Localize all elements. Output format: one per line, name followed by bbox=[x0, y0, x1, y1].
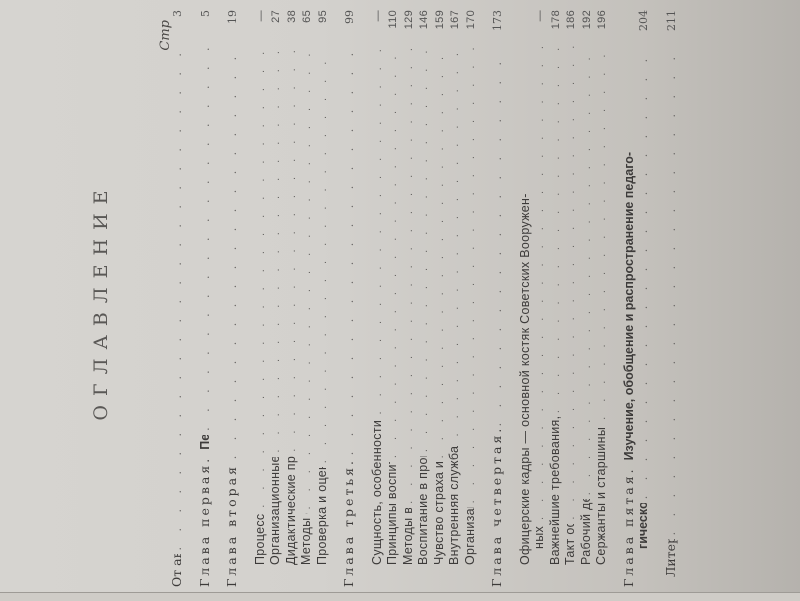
toc-page-number: 167 bbox=[448, 10, 463, 42]
page-edge bbox=[0, 592, 800, 601]
toc-section: Дидактические принципы и их применение 3… bbox=[284, 10, 300, 587]
chapter-prefix: Глава вторая. bbox=[225, 463, 239, 587]
toc-entry-label: Офицерские кадры — основной костяк Совет… bbox=[518, 193, 533, 565]
chapter-prefix: Глава четвертая. bbox=[490, 430, 504, 587]
leader-dots bbox=[254, 46, 269, 508]
toc-section: Проверка и оценка знаний и навыков 95 bbox=[315, 10, 331, 587]
toc-entry-label: Внутренняя служба и ее воспитательное зн… bbox=[447, 441, 462, 565]
toc-page-number: 110 bbox=[386, 10, 401, 42]
toc-section: Внутренняя служба и ее воспитательное зн… bbox=[447, 10, 463, 587]
toc-section: Методы обучения 65 bbox=[299, 10, 315, 587]
toc-page-number: 159 bbox=[433, 10, 448, 42]
chapter-prefix: Глава третья. bbox=[342, 459, 356, 587]
toc-entry-label: Методы обучения bbox=[299, 513, 314, 565]
toc-page-number: 196 bbox=[595, 10, 610, 42]
toc-section: Сержанты и старшины — ближайшие помощник… bbox=[594, 10, 610, 587]
leader-dots bbox=[371, 46, 386, 415]
toc-chapter-3: Глава третья.Вопросы воспитания воинов 9… bbox=[342, 10, 358, 587]
leader-dots bbox=[226, 46, 241, 459]
toc-entry-label: Методы воспитания bbox=[401, 508, 416, 565]
chapter-title: Педагогика как наука, ее предмет и задач… bbox=[198, 435, 212, 450]
toc-section: Такт офицера 186 bbox=[563, 10, 579, 587]
leader-dots bbox=[595, 46, 610, 420]
toc-chapter-5: Глава пятая.Изучение, обобщение и распро… bbox=[622, 10, 637, 587]
toc-entry-label: Рабочий день офицера bbox=[579, 499, 594, 565]
toc-entry-label: Сержанты и старшины — ближайшие помощник… bbox=[594, 424, 609, 565]
toc-page-number: 95 bbox=[316, 10, 331, 42]
toc-section: Воспитание в процессе боевой подготовки … bbox=[416, 10, 432, 587]
toc-entry-label: Процесс обучения bbox=[253, 512, 268, 565]
leader-dots bbox=[464, 46, 479, 503]
leader-dots bbox=[316, 46, 331, 463]
toc-page-number: 192 bbox=[580, 10, 595, 42]
toc-page-number: 129 bbox=[402, 10, 417, 42]
toc-page-number: — bbox=[254, 10, 269, 42]
table-of-contents: От автора 3 Глава первая.Педагогика как … bbox=[170, 10, 679, 587]
toc-section: Организация досуга 170 bbox=[463, 10, 479, 587]
toc-chapter-1: Глава первая.Педагогика как наука, ее пр… bbox=[198, 10, 214, 587]
toc-page-number: 99 bbox=[343, 10, 358, 42]
toc-entry-label: Проверка и оценка знаний и навыков bbox=[315, 467, 330, 565]
toc-entry-label: Такт офицера bbox=[563, 524, 578, 565]
toc-chapter-2: Глава вторая.Вопросы обучения воинов 19 bbox=[225, 10, 241, 587]
toc-entry-label: Дидактические принципы и их применение bbox=[284, 456, 299, 565]
leader-dots bbox=[448, 46, 463, 437]
leader-dots bbox=[343, 46, 358, 455]
toc-entry-label: Чувство страха и пути его преодоления bbox=[432, 462, 447, 565]
leader-dots bbox=[637, 46, 652, 499]
leader-dots bbox=[300, 46, 315, 509]
toc-section: Сущность, особенности и задачи воспитани… bbox=[370, 10, 386, 587]
toc-page-number: 211 bbox=[665, 10, 680, 42]
toc-entry-from-author: От автора 3 bbox=[170, 10, 186, 587]
toc-entry-label: ных Сил bbox=[532, 524, 547, 549]
toc-section-continuation: ных Сил — bbox=[532, 10, 548, 587]
leader-dots bbox=[491, 46, 506, 426]
leader-dots bbox=[171, 46, 186, 550]
toc-section: Рабочий день офицера 192 bbox=[579, 10, 595, 587]
leader-dots bbox=[580, 46, 595, 495]
leader-dots bbox=[533, 46, 548, 520]
toc-entry-label: Сущность, особенности и задачи воспитани… bbox=[370, 419, 385, 566]
leader-dots bbox=[269, 46, 284, 453]
leader-dots bbox=[564, 46, 579, 520]
toc-entry-label: Принципы воспитания и их применение bbox=[385, 462, 400, 565]
toc-chapter-continuation: гического опыта 204 bbox=[636, 10, 652, 587]
book-page: ОГЛАВЛЕНИЕ Стр От автора 3 Глава первая.… bbox=[100, 0, 800, 601]
leader-dots bbox=[199, 46, 214, 431]
toc-page-number: 38 bbox=[285, 10, 300, 42]
toc-page-number: 178 bbox=[549, 10, 564, 42]
toc-page-number: 186 bbox=[564, 10, 579, 42]
toc-section: Чувство страха и пути его преодоления 15… bbox=[432, 10, 448, 587]
chapter-prefix: Глава пятая. bbox=[622, 466, 636, 587]
leader-dots bbox=[386, 46, 401, 458]
toc-section: Процесс обучения — bbox=[253, 10, 269, 587]
toc-entry-label: От автора bbox=[170, 554, 185, 587]
leader-dots bbox=[417, 46, 432, 452]
toc-page-number: — bbox=[371, 10, 386, 42]
leader-dots bbox=[433, 46, 448, 458]
toc-section: Организационные формы учебной работы 27 bbox=[268, 10, 284, 587]
chapter-title: Изучение, обобщение и распространение пе… bbox=[622, 152, 636, 460]
toc-page-number: 27 bbox=[269, 10, 284, 42]
toc-section: Офицерские кадры — основной костяк Совет… bbox=[518, 10, 533, 587]
toc-entry-label: Воспитание в процессе боевой подготовки bbox=[416, 456, 431, 565]
toc-entry-label: Организационные формы учебной работы bbox=[268, 457, 283, 565]
toc-entry-label: Организация досуга bbox=[463, 507, 478, 565]
toc-page-number: 146 bbox=[417, 10, 432, 42]
leader-dots bbox=[285, 46, 300, 452]
toc-section: Важнейшие требования, предъявляемые к со… bbox=[548, 10, 564, 587]
toc-page-number: 170 bbox=[464, 10, 479, 42]
leader-dots bbox=[549, 46, 564, 413]
toc-chapter-4: Глава четвертая.Офицер — руководитель и … bbox=[490, 10, 506, 587]
page-title: ОГЛАВЛЕНИЕ bbox=[90, 171, 112, 431]
toc-page-number: 204 bbox=[637, 10, 652, 42]
toc-entry-label: Литература bbox=[664, 539, 679, 577]
toc-page-number: 65 bbox=[300, 10, 315, 42]
toc-section: Принципы воспитания и их применение 110 bbox=[385, 10, 401, 587]
chapter-title: гического опыта bbox=[636, 503, 651, 549]
toc-page-number: 19 bbox=[226, 10, 241, 42]
toc-section: Методы воспитания 129 bbox=[401, 10, 417, 587]
chapter-prefix: Глава первая. bbox=[198, 456, 212, 587]
toc-page-number: 5 bbox=[199, 10, 214, 42]
toc-page-number: 173 bbox=[491, 10, 506, 42]
toc-entry-literature: Литература 211 bbox=[664, 10, 680, 587]
toc-page-number: 3 bbox=[171, 10, 186, 42]
leader-dots bbox=[402, 46, 417, 504]
toc-entry-label: Важнейшие требования, предъявляемые к со… bbox=[548, 417, 563, 565]
leader-dots bbox=[665, 46, 680, 535]
toc-page-number: — bbox=[533, 10, 548, 42]
